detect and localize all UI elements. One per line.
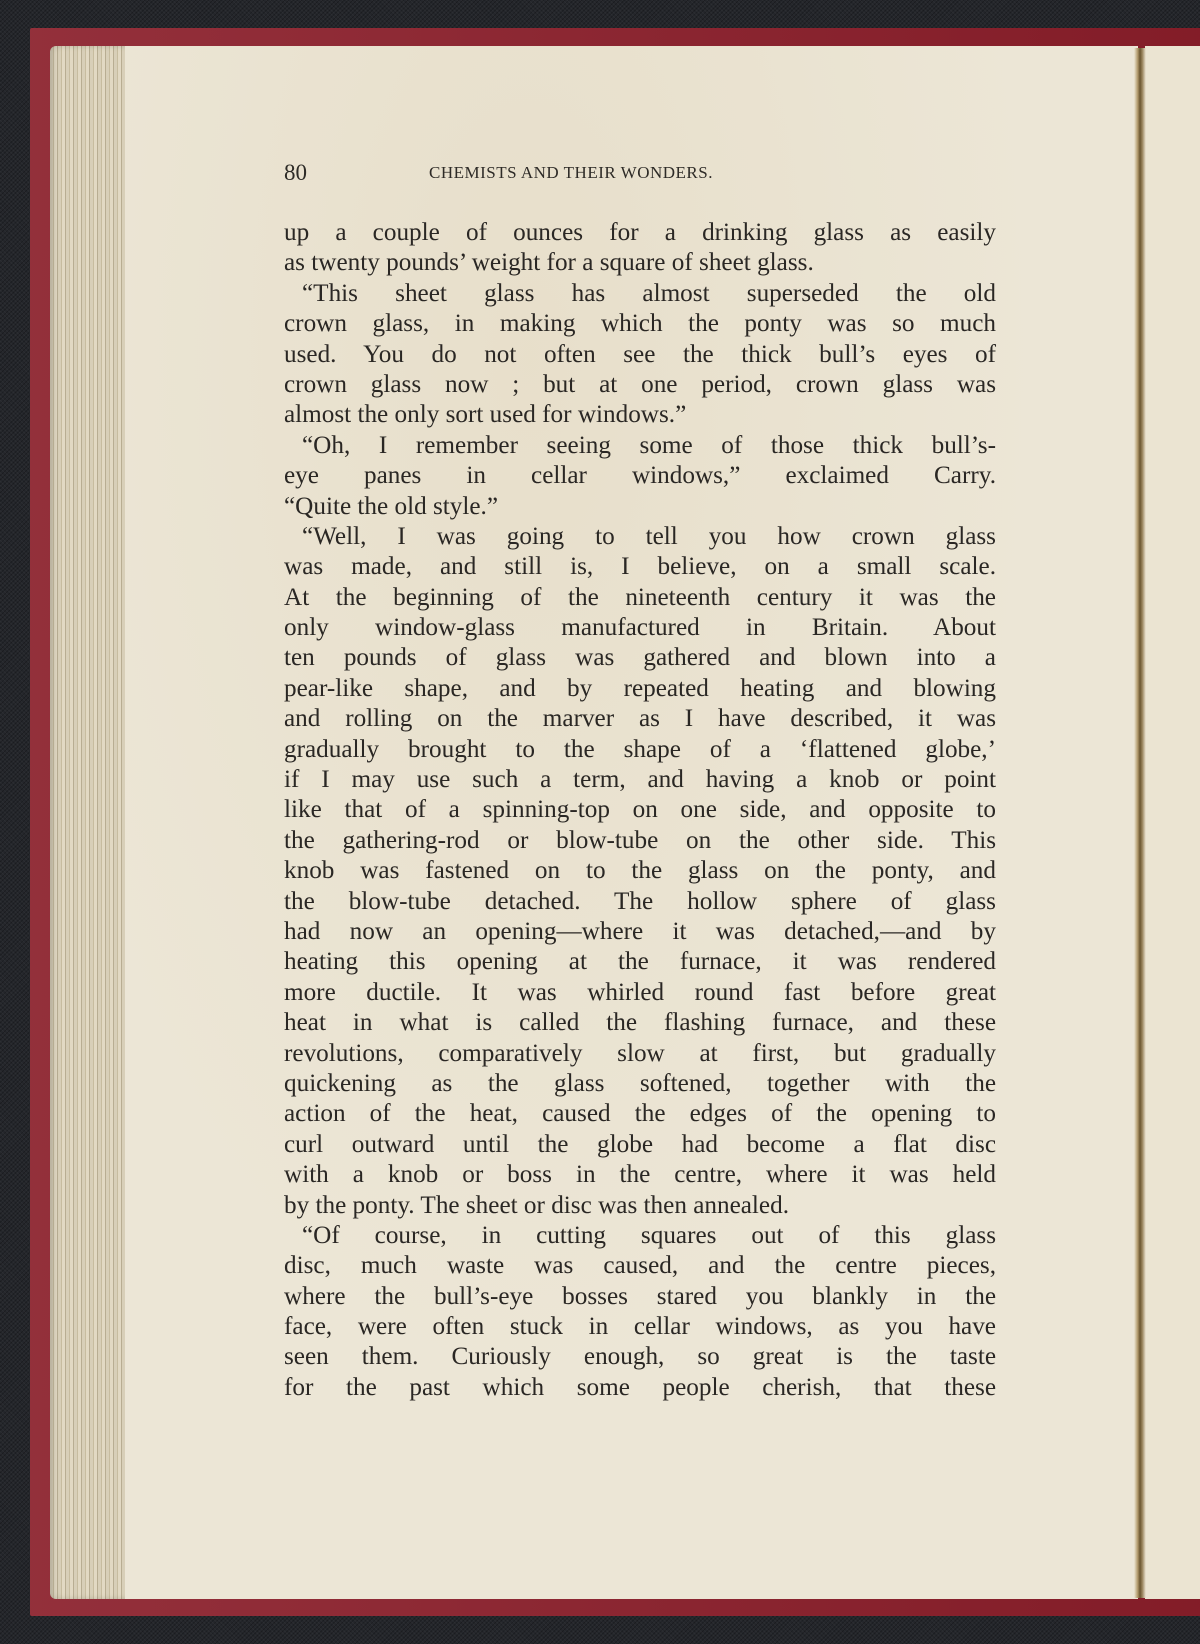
- text-line: where the bull’s-eye bosses stared you b…: [284, 1282, 996, 1312]
- page-stack-edge: [50, 46, 130, 1599]
- text-line: face, were often stuck in cellar windows…: [284, 1312, 996, 1342]
- text-line: had now an opening—where it was detached…: [284, 917, 996, 947]
- text-line: seen them. Curiously enough, so great is…: [284, 1342, 996, 1372]
- text-line: crown glass, in making which the ponty w…: [284, 309, 996, 339]
- text-line: “This sheet glass has almost superseded …: [284, 279, 996, 309]
- book-gutter: [1134, 48, 1146, 1598]
- body-text: up a couple of ounces for a drinking gla…: [284, 218, 996, 1403]
- text-line: used. You do not often see the thick bul…: [284, 340, 996, 370]
- text-line: ten pounds of glass was gathered and blo…: [284, 643, 996, 673]
- text-line: “Of course, in cutting squares out of th…: [284, 1221, 996, 1251]
- text-line: “Well, I was going to tell you how crown…: [284, 522, 996, 552]
- text-line: was made, and still is, I believe, on a …: [284, 552, 996, 582]
- text-line: as twenty pounds’ weight for a square of…: [284, 248, 996, 278]
- running-head: 80 CHEMISTS AND THEIR WONDERS.: [284, 160, 1004, 190]
- text-line: “Oh, I remember seeing some of those thi…: [284, 431, 996, 461]
- text-line: almost the only sort used for windows.”: [284, 400, 996, 430]
- running-title: CHEMISTS AND THEIR WONDERS.: [429, 163, 713, 183]
- facing-page-edge: [1145, 46, 1200, 1599]
- text-line: more ductile. It was whirled round fast …: [284, 978, 996, 1008]
- text-line: only window-glass manufactured in Britai…: [284, 613, 996, 643]
- text-line: the gathering-rod or blow-tube on the ot…: [284, 826, 996, 856]
- text-line: disc, much waste was caused, and the cen…: [284, 1251, 996, 1281]
- text-line: knob was fastened on to the glass on the…: [284, 856, 996, 886]
- text-line: for the past which some people cherish, …: [284, 1373, 996, 1403]
- text-line: gradually brought to the shape of a ‘fla…: [284, 735, 996, 765]
- text-line: pear-like shape, and by repeated heating…: [284, 674, 996, 704]
- text-line: like that of a spinning-top on one side,…: [284, 795, 996, 825]
- text-line: and rolling on the marver as I have desc…: [284, 704, 996, 734]
- text-line: At the beginning of the nineteenth centu…: [284, 583, 996, 613]
- text-line: up a couple of ounces for a drinking gla…: [284, 218, 996, 248]
- text-line: the blow-tube detached. The hollow spher…: [284, 887, 996, 917]
- page-number: 80: [284, 160, 307, 186]
- text-line: if I may use such a term, and having a k…: [284, 765, 996, 795]
- text-line: action of the heat, caused the edges of …: [284, 1099, 996, 1129]
- text-line: eye panes in cellar windows,” exclaimed …: [284, 461, 996, 491]
- text-line: “Quite the old style.”: [284, 492, 996, 522]
- text-line: quickening as the glass softened, togeth…: [284, 1069, 996, 1099]
- text-line: revolutions, comparatively slow at first…: [284, 1039, 996, 1069]
- text-line: by the ponty. The sheet or disc was then…: [284, 1191, 996, 1221]
- text-line: heat in what is called the flashing furn…: [284, 1008, 996, 1038]
- text-line: crown glass now ; but at one period, cro…: [284, 370, 996, 400]
- text-line: heating this opening at the furnace, it …: [284, 947, 996, 977]
- text-line: curl outward until the globe had become …: [284, 1130, 996, 1160]
- text-line: with a knob or boss in the centre, where…: [284, 1160, 996, 1190]
